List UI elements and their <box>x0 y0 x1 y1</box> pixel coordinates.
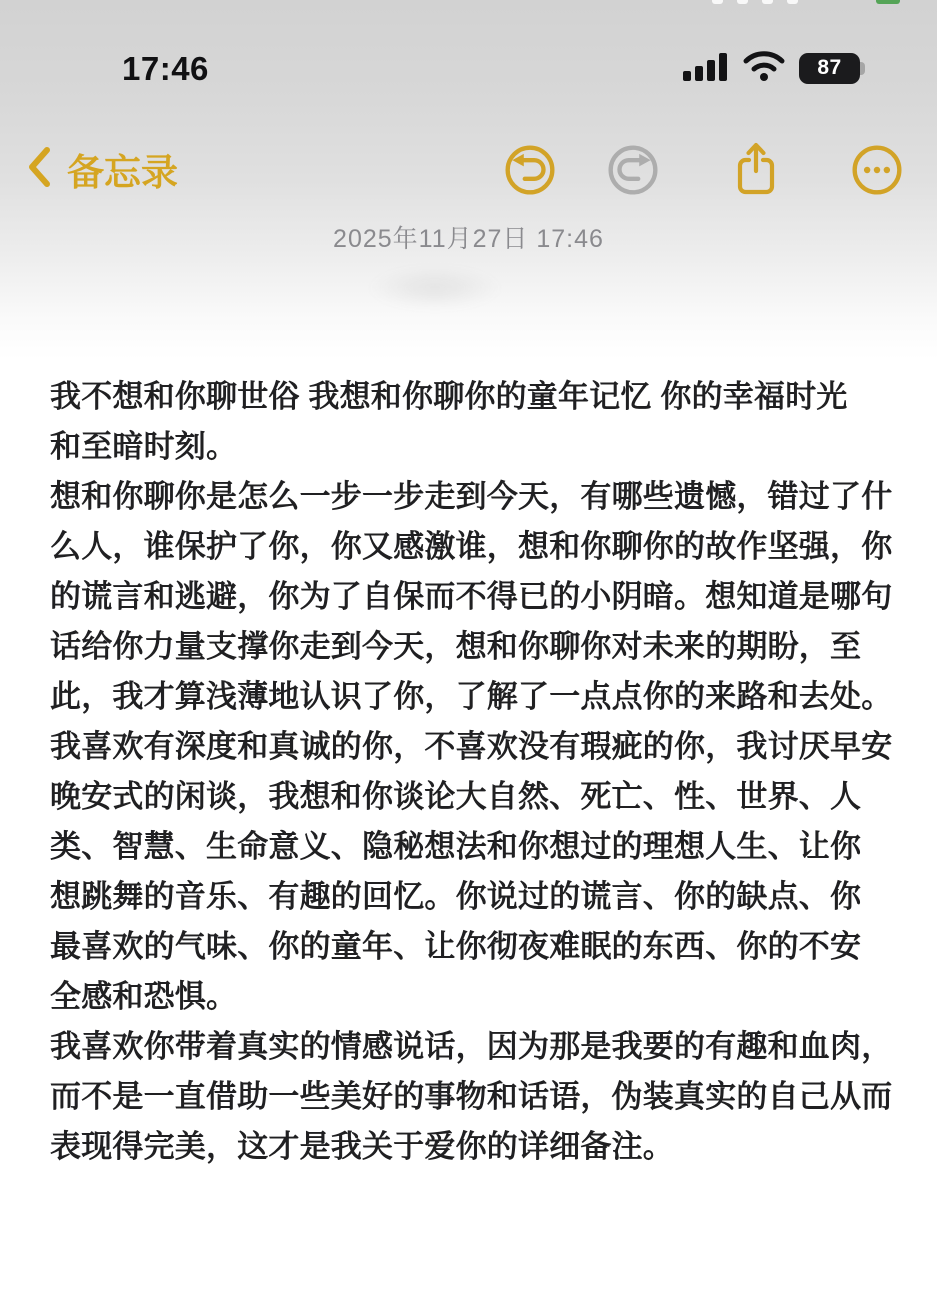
blurred-title-smudge <box>368 266 502 310</box>
back-button[interactable]: 备忘录 <box>26 142 178 196</box>
undo-button[interactable] <box>503 143 557 203</box>
redo-button[interactable] <box>606 143 660 203</box>
top-edge-dot <box>787 0 798 4</box>
battery-icon: 87 <box>799 53 865 84</box>
top-edge-green-chip <box>876 0 900 4</box>
note-body[interactable]: 我不想和你聊世俗 我想和你聊你的童年记忆 你的幸福时光和至暗时刻。想和你聊你是怎… <box>50 372 885 1172</box>
note-text-line: 话给你力量支撑你走到今天，想和你聊你对未来的期盼，至 <box>50 622 885 672</box>
note-text-line: 么人，谁保护了你，你又感激谁，想和你聊你的故作坚强，你 <box>50 522 885 572</box>
note-text-line: 晚安式的闲谈，我想和你谈论大自然、死亡、性、世界、人 <box>50 772 885 822</box>
wifi-icon <box>742 50 786 86</box>
share-button[interactable] <box>729 138 783 198</box>
status-time: 17:46 <box>122 50 209 88</box>
note-text-line: 我不想和你聊世俗 我想和你聊你的童年记忆 你的幸福时光 <box>50 372 885 422</box>
battery-nub <box>860 62 865 75</box>
top-edge-dot <box>737 0 748 4</box>
note-text-line: 而不是一直借助一些美好的事物和话语，伪装真实的自己从而 <box>50 1072 885 1122</box>
note-text-line: 和至暗时刻。 <box>50 422 885 472</box>
note-text-line: 此，我才算浅薄地认识了你，了解了一点点你的来路和去处。 <box>50 672 885 722</box>
status-icons: 87 <box>683 52 865 84</box>
more-button[interactable] <box>850 143 904 203</box>
redo-icon <box>606 143 660 197</box>
ellipsis-icon <box>850 143 904 197</box>
note-text-line: 想跳舞的音乐、有趣的回忆。你说过的谎言、你的缺点、你 <box>50 872 885 922</box>
battery-percent: 87 <box>817 56 841 80</box>
back-button-label: 备忘录 <box>67 142 178 196</box>
note-text-line: 想和你聊你是怎么一步一步走到今天，有哪些遗憾，错过了什 <box>50 472 885 522</box>
notes-app-screen: 17:46 87 <box>0 0 937 1307</box>
note-text-line: 我喜欢有深度和真诚的你，不喜欢没有瑕疵的你，我讨厌早安 <box>50 722 885 772</box>
top-edge-dot <box>712 0 723 4</box>
share-icon <box>729 138 783 198</box>
note-text-line: 全感和恐惧。 <box>50 972 885 1022</box>
note-text-line: 类、智慧、生命意义、隐秘想法和你想过的理想人生、让你 <box>50 822 885 872</box>
cellular-signal-icon <box>683 50 729 86</box>
note-date: 2025年11月27日 17:46 <box>0 219 937 255</box>
chevron-left-icon <box>26 145 52 194</box>
top-edge-dot <box>762 0 773 4</box>
note-text-line: 表现得完美，这才是我关于爱你的详细备注。 <box>50 1122 885 1172</box>
note-text-line: 我喜欢你带着真实的情感说话，因为那是我要的有趣和血肉， <box>50 1022 885 1072</box>
note-text-line: 最喜欢的气味、你的童年、让你彻夜难眠的东西、你的不安 <box>50 922 885 972</box>
undo-icon <box>503 143 557 197</box>
note-text-line: 的谎言和逃避，你为了自保而不得已的小阴暗。想知道是哪句 <box>50 572 885 622</box>
